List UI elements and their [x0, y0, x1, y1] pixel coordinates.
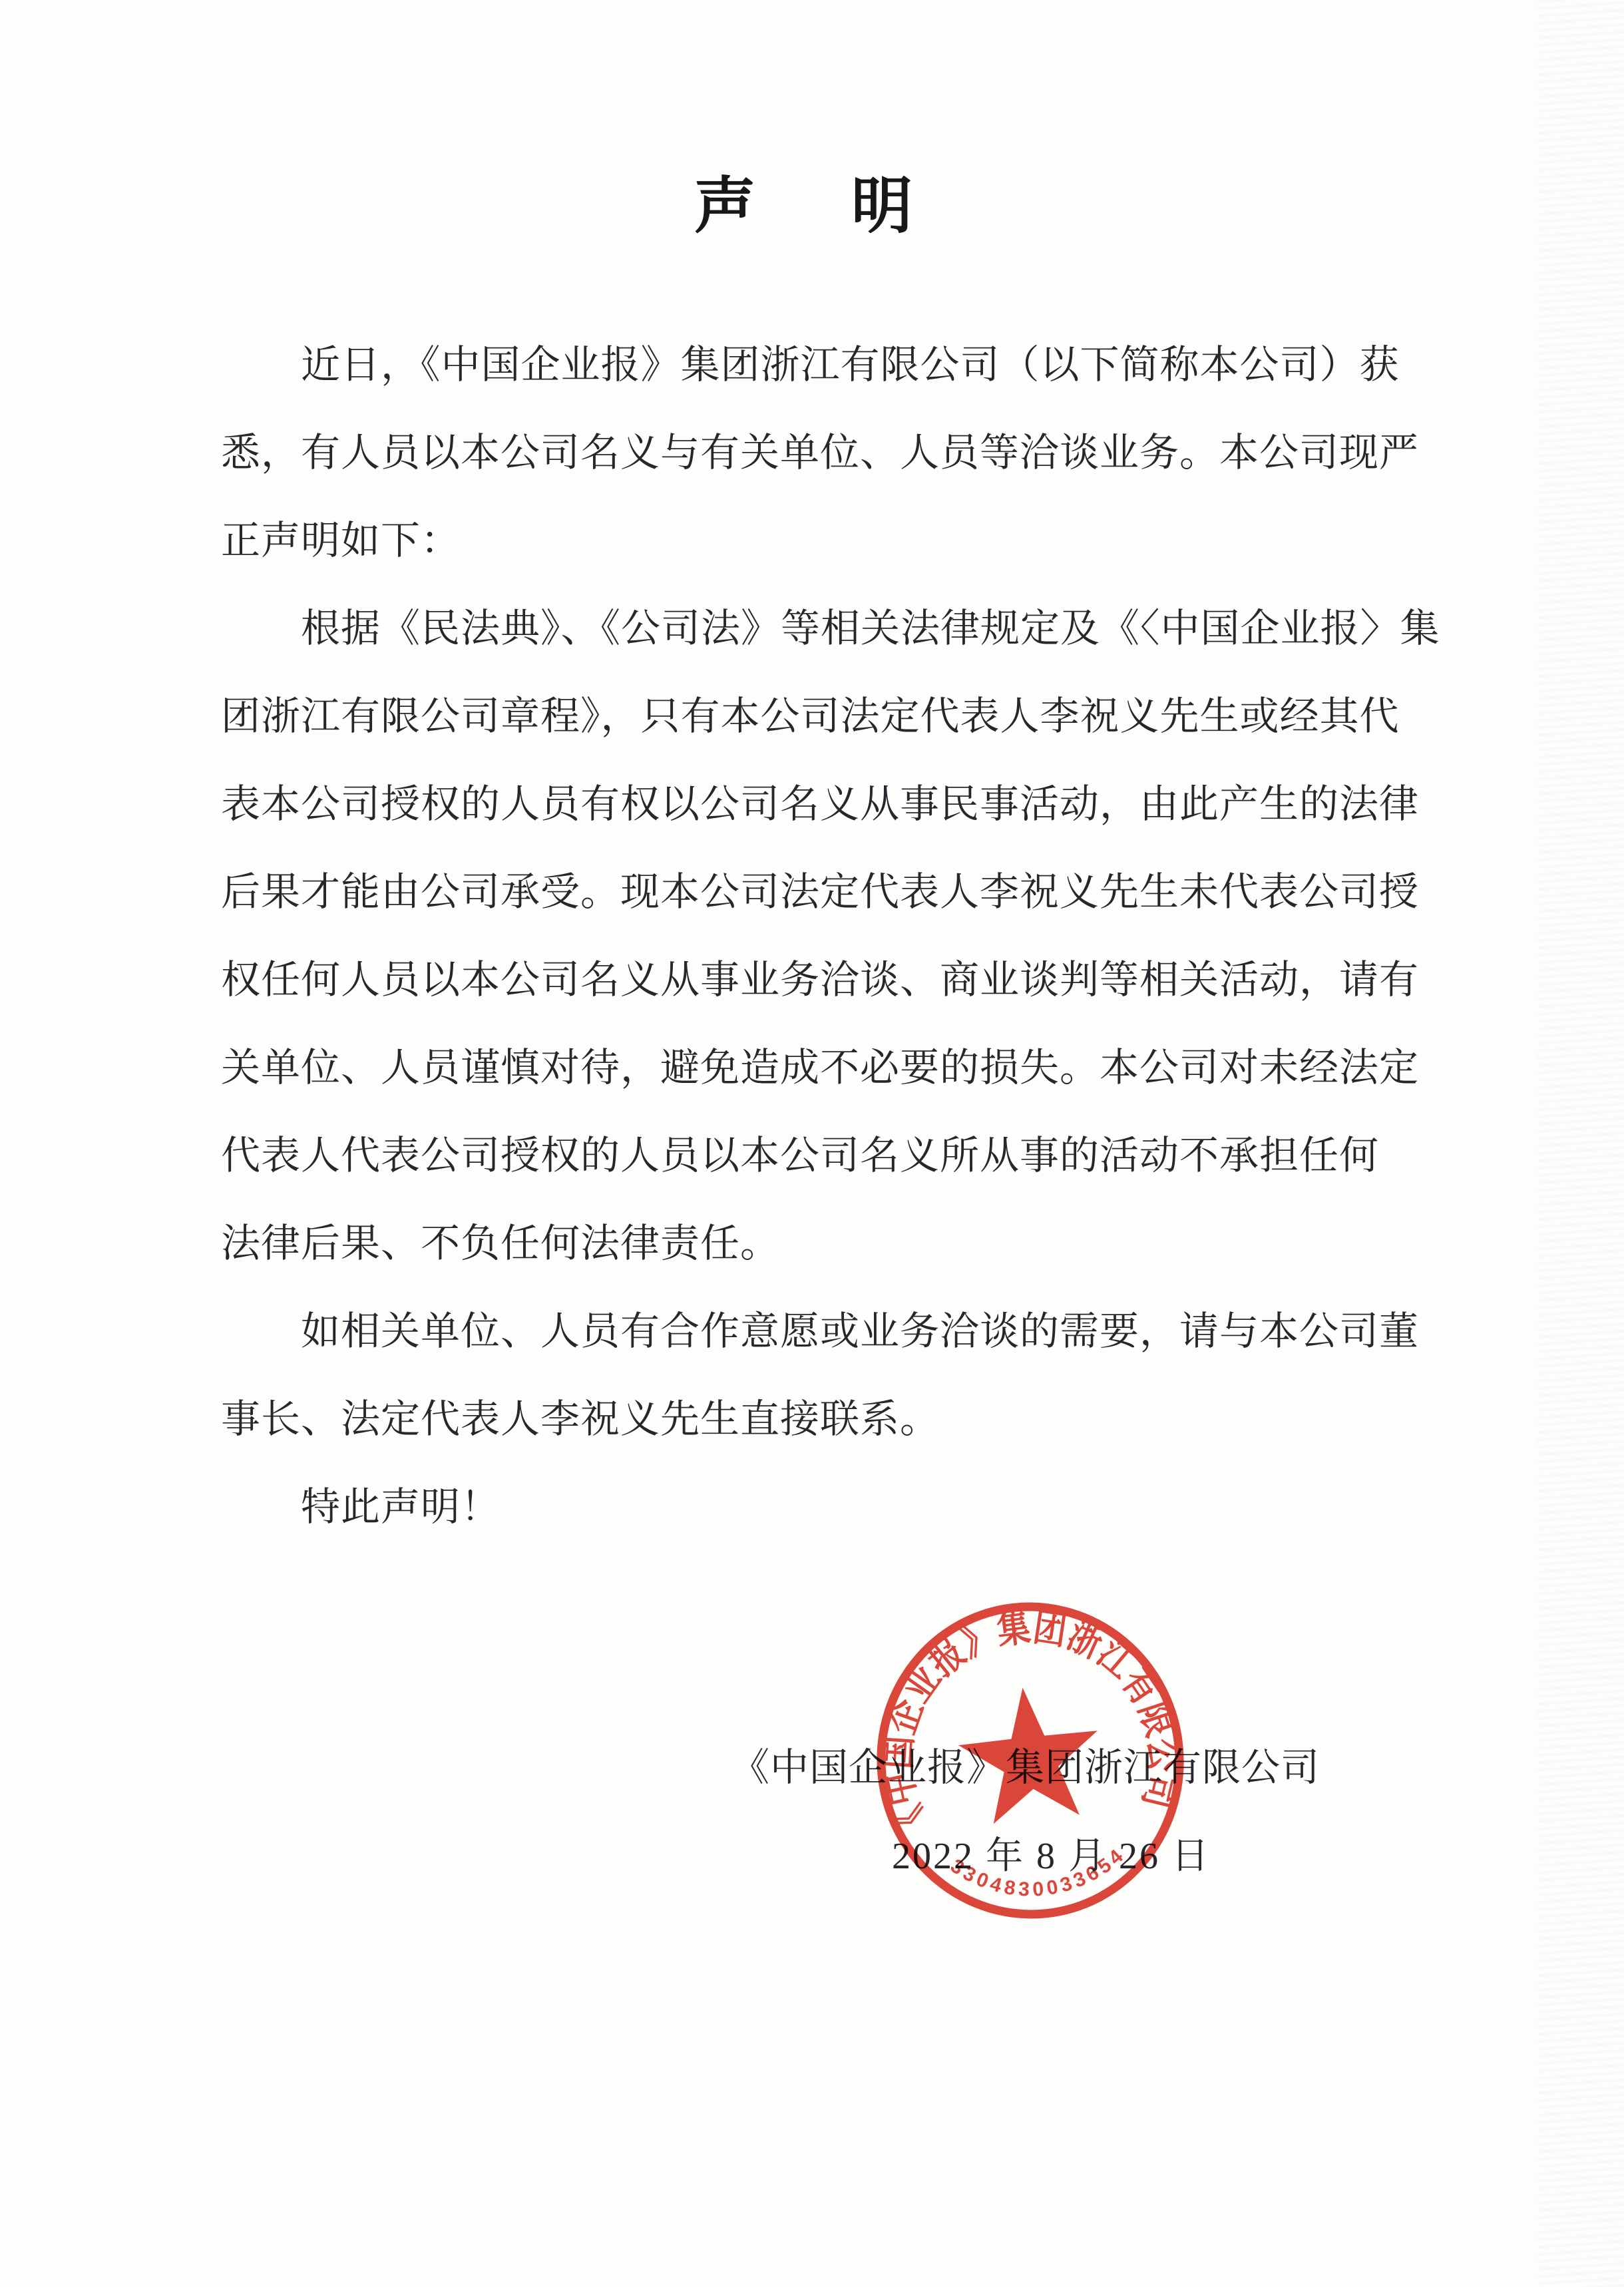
document-title: 声 明 — [0, 157, 1624, 245]
body-line: 法律后果、不负任何法律责任。 — [221, 1199, 1412, 1287]
body-line: 关单位、人员谨慎对待，避免造成不必要的损失。本公司对未经法定 — [221, 1024, 1412, 1112]
body-line: 根据《民法典》、《公司法》等相关法律规定及《〈中国企业报〉集 — [221, 584, 1412, 672]
page: 声 明 近日，《中国企业报》集团浙江有限公司（以下简称本公司）获 悉，有人员以本… — [0, 0, 1624, 2287]
body-line: 代表人代表公司授权的人员以本公司名义所从事的活动不承担任何 — [221, 1112, 1412, 1199]
body-line: 表本公司授权的人员有权以公司名义从事民事活动，由此产生的法律 — [221, 760, 1412, 848]
body-line: 事长、法定代表人李祝义先生直接联系。 — [221, 1375, 1412, 1463]
company-seal: 《中国企业报》集团浙江有限公司 3304830033654 — [857, 1586, 1203, 1936]
body-line: 如相关单位、人员有合作意愿或业务洽谈的需要，请与本公司董 — [221, 1287, 1412, 1375]
star-icon — [953, 1681, 1106, 1827]
body-line: 权任何人员以本公司名义从事业务洽谈、商业谈判等相关活动，请有 — [221, 936, 1412, 1024]
body-line: 特此声明！ — [221, 1463, 1412, 1551]
body-line: 近日，《中国企业报》集团浙江有限公司（以下简称本公司）获 — [221, 321, 1412, 409]
body-line: 后果才能由公司承受。现本公司法定代表人李祝义先生未代表公司授 — [221, 848, 1412, 936]
scan-artifact — [1537, 0, 1624, 2287]
body-line: 团浙江有限公司章程》，只有本公司法定代表人李祝义先生或经其代 — [221, 672, 1412, 760]
document-body: 近日，《中国企业报》集团浙江有限公司（以下简称本公司）获 悉，有人员以本公司名义… — [221, 321, 1412, 1551]
body-line: 悉，有人员以本公司名义与有关单位、人员等洽谈业务。本公司现严 — [221, 409, 1412, 497]
body-line: 正声明如下： — [221, 497, 1412, 584]
